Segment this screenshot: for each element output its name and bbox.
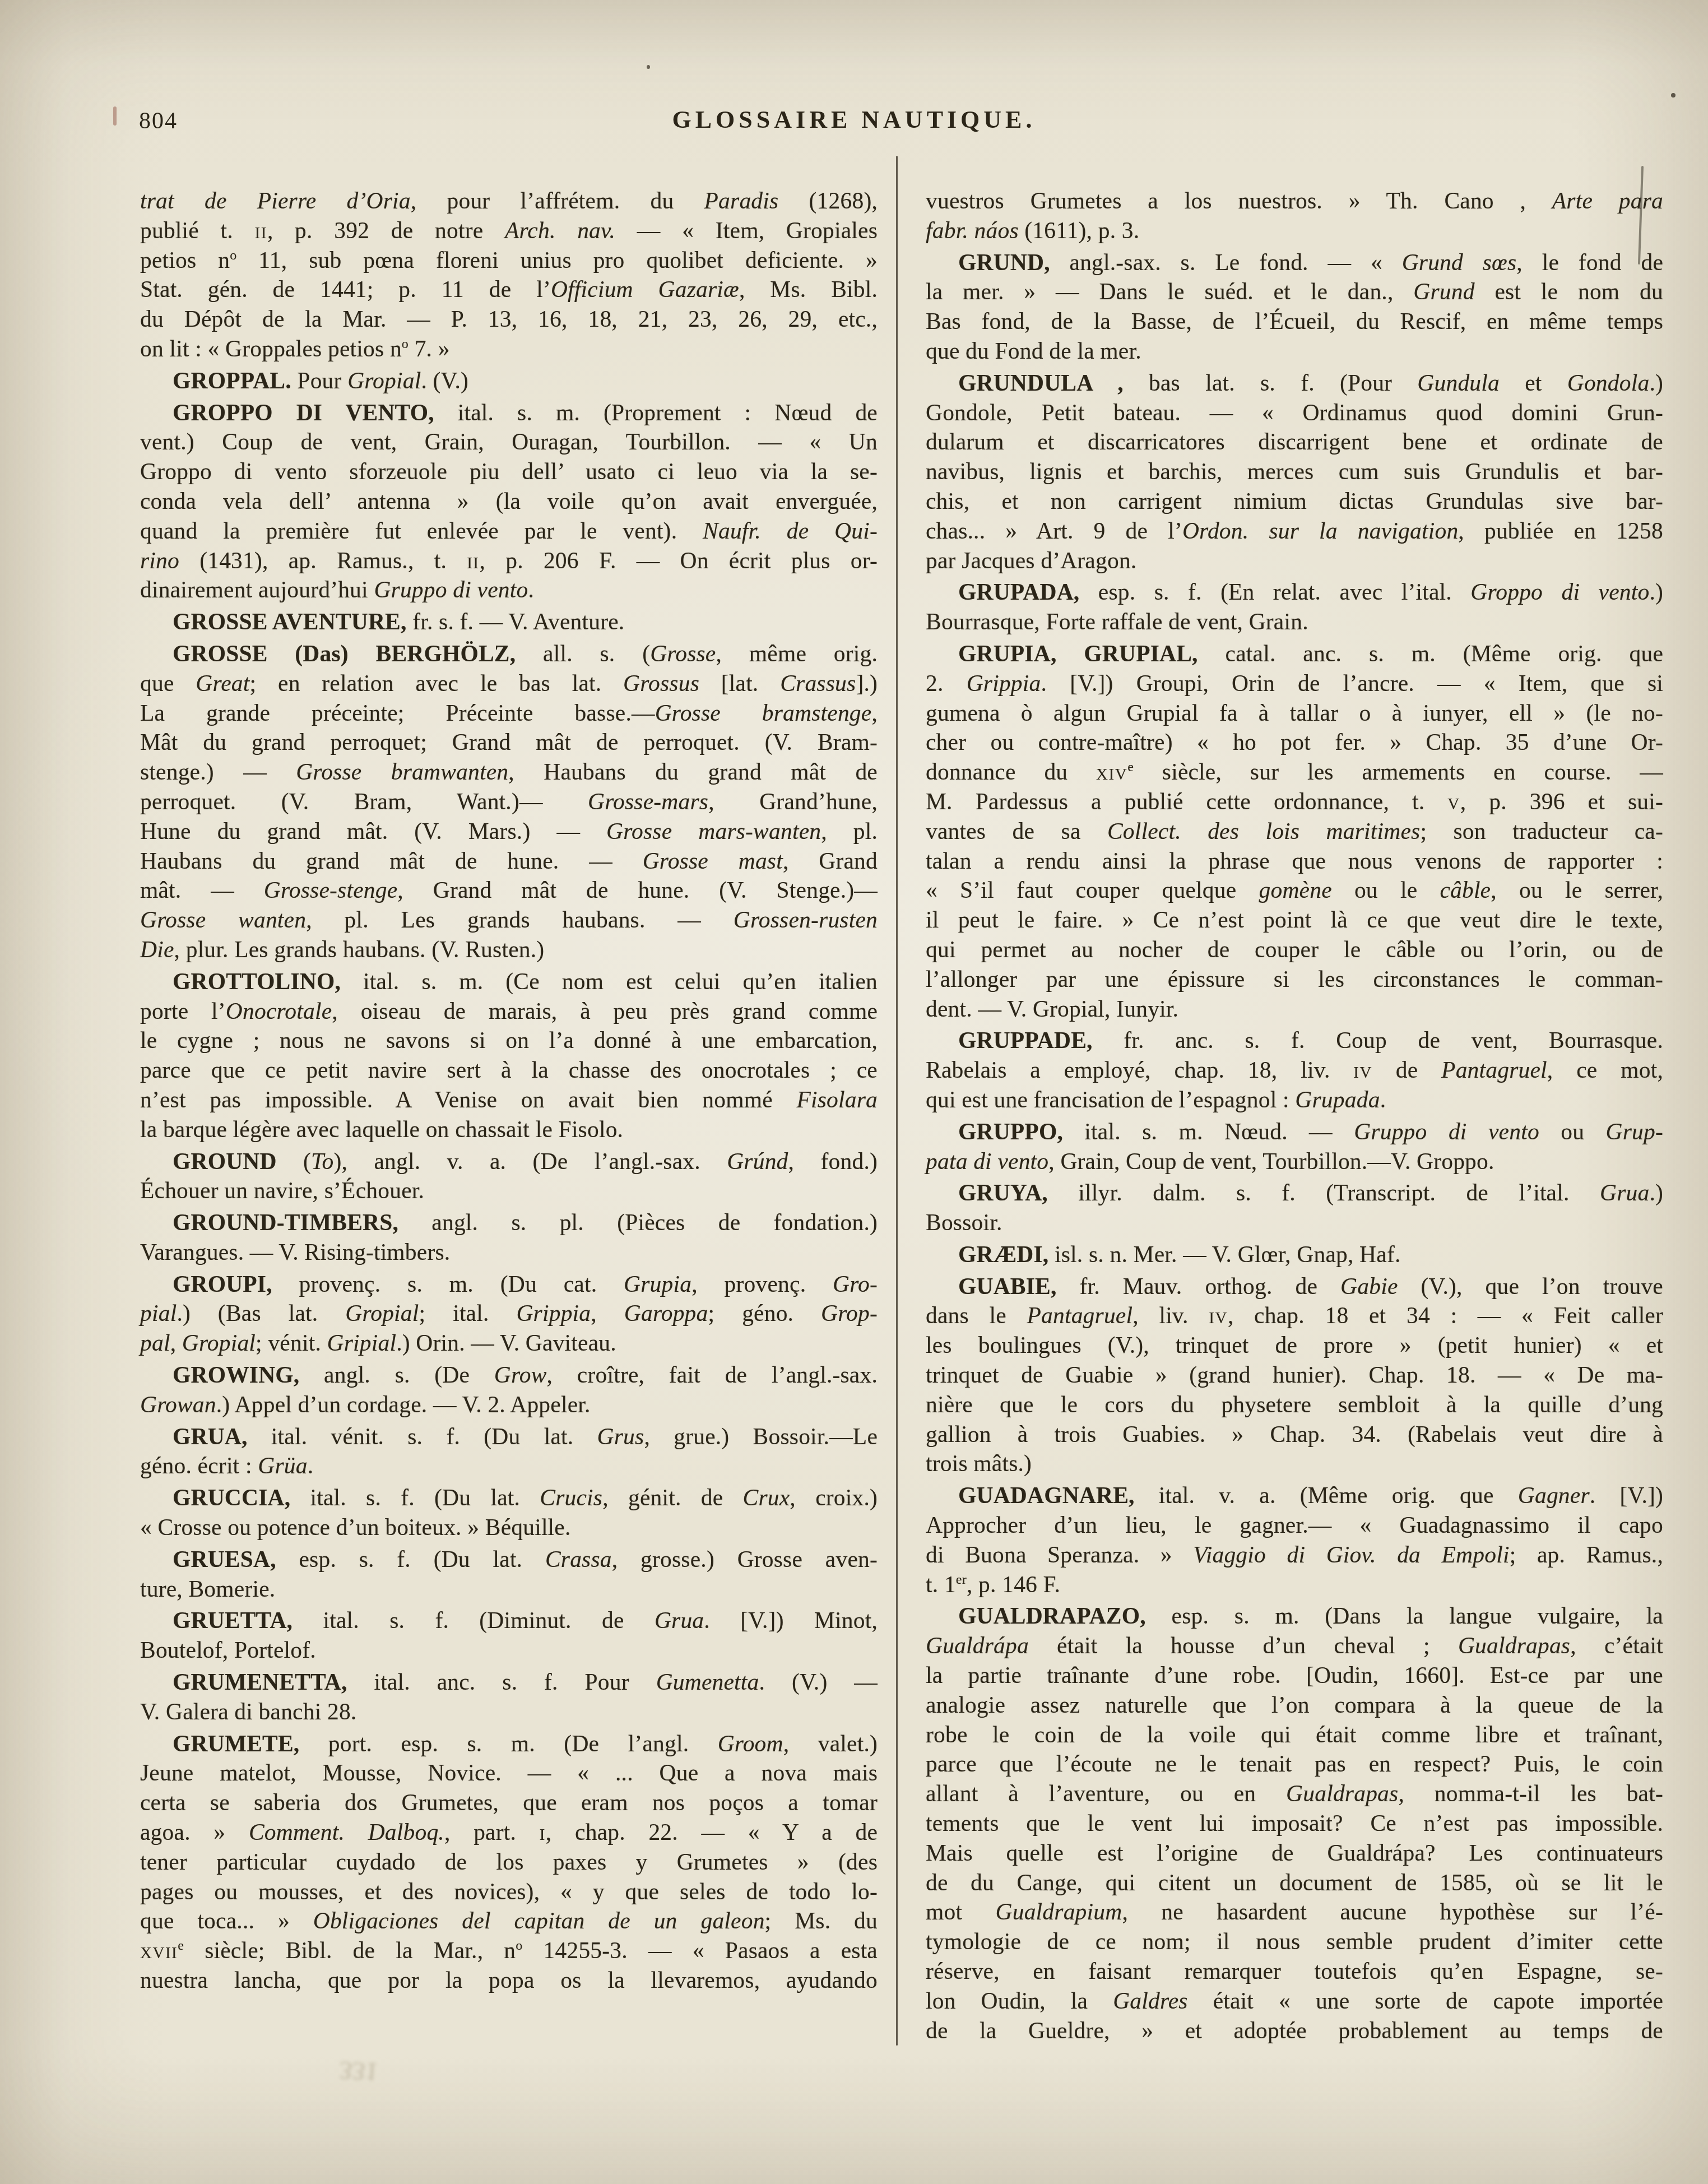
entry-line: V. Galera di banchi 28. <box>140 1697 878 1727</box>
bleed-through-mark: 331 <box>313 2053 405 2088</box>
entry-line: qui permet au nocher de couper le câble … <box>926 935 1663 965</box>
entry-line: tements que le vent lui imposait? Ce n’e… <box>926 1809 1663 1838</box>
entry-line: t. 1er, p. 146 F. <box>926 1570 1663 1599</box>
dictionary-entry: GRUCCIA, ital. s. f. (Du lat. Crucis, gé… <box>140 1483 878 1542</box>
dictionary-entry: GRUPIA, GRUPIAL, catal. anc. s. m. (Même… <box>926 639 1663 1023</box>
entry-line: stenge.) — Grosse bramwanten, Haubans du… <box>140 757 878 787</box>
entry-line: pal, Gropial; vénit. Gripial.) Orin. — V… <box>140 1328 878 1358</box>
dictionary-entry: GRUETTA, ital. s. f. (Diminut. de Grua. … <box>140 1606 878 1665</box>
entry-line: par Jacques d’Aragon. <box>926 546 1663 576</box>
dictionary-entry: GUALDRAPAZO, esp. s. m. (Dans la langue … <box>926 1601 1663 2045</box>
dictionary-entry: GROUND (To), angl. v. a. (De l’angl.-sax… <box>140 1147 878 1206</box>
scan-speck <box>1671 93 1675 98</box>
entry-line: di Buona Speranza. » Viaggio di Giov. da… <box>926 1540 1663 1570</box>
entry-line: dans le Pantagruel, liv. iv, chap. 18 et… <box>926 1301 1663 1330</box>
dictionary-entry: GUADAGNARE, ital. v. a. (Même orig. que … <box>926 1481 1663 1599</box>
page-title: GLOSSAIRE NAUTIQUE. <box>0 105 1708 134</box>
entry-line: xviie siècle; Bibl. de la Mar., no 14255… <box>140 1936 878 1965</box>
dictionary-entry: GRUMETE, port. esp. s. m. (De l’angl. Gr… <box>140 1729 878 1995</box>
entry-line: GROSSE (Das) BERGHÖLZ, all. s. (Grosse, … <box>140 639 878 669</box>
entry-line: la partie traînante d’une robe. [Oudin, … <box>926 1661 1663 1690</box>
entry-line: GRUMETE, port. esp. s. m. (De l’angl. Gr… <box>140 1729 878 1759</box>
entry-line: GRUA, ital. vénit. s. f. (Du lat. Grus, … <box>140 1422 878 1452</box>
entry-line: GROPPO DI VENTO, ital. s. m. (Proprement… <box>140 398 878 428</box>
entry-line: GROWING, angl. s. (De Grow, croître, fai… <box>140 1360 878 1390</box>
entry-line: fabr. náos (1611), p. 3. <box>926 216 1663 245</box>
entry-line: GRUYA, illyr. dalm. s. f. (Transcript. d… <box>926 1178 1663 1208</box>
entry-line: Rabelais a employé, chap. 18, liv. iv de… <box>926 1055 1663 1085</box>
dictionary-entry: GROUPI, provenç. s. m. (Du cat. Grupia, … <box>140 1269 878 1358</box>
entry-line: La grande préceinte; Préceinte basse.—Gr… <box>140 698 878 728</box>
dictionary-entry: GUABIE, fr. Mauv. orthog. de Gabie (V.),… <box>926 1272 1663 1479</box>
scan-speck <box>113 106 117 126</box>
entry-line: publié t. ii, p. 392 de notre Arch. nav.… <box>140 216 878 245</box>
entry-line: porte l’Onocrotale, oiseau de marais, à … <box>140 996 878 1026</box>
entry-line: Bourrasque, Forte raffale de vent, Grain… <box>926 607 1663 637</box>
entry-line: de du Cange, qui citent un document de 1… <box>926 1868 1663 1898</box>
entry-line: pial.) (Bas lat. Gropial; ital. Grippia,… <box>140 1299 878 1328</box>
entry-line: que du Fond de la mer. <box>926 336 1663 366</box>
entry-line: GRUPPADE, fr. anc. s. f. Coup de vent, B… <box>926 1026 1663 1055</box>
dictionary-entry: GROPPAL. Pour Gropial. (V.) <box>140 366 878 396</box>
entry-line: mot Gualdrapium, ne hasardent aucune hyp… <box>926 1897 1663 1927</box>
entry-line: pata di vento, Grain, Coup de vent, Tour… <box>926 1147 1663 1176</box>
dictionary-entry: GRUPADA, esp. s. f. (En relat. avec l’it… <box>926 577 1663 637</box>
entry-line: dent. — V. Gropial, Iunyir. <box>926 994 1663 1024</box>
entry-line: allant à l’aventure, ou en Gualdrapas, n… <box>926 1779 1663 1809</box>
entry-line: GRUPPO, ital. s. m. Nœud. — Gruppo di ve… <box>926 1117 1663 1147</box>
entry-line: conda vela dell’ antenna » (la voile qu’… <box>140 486 878 516</box>
entry-line: on lit : « Groppales petios no 7. » <box>140 334 878 364</box>
entry-line: chis, et non carrigent nimium dictas Gru… <box>926 486 1663 516</box>
entry-line: robe le coin de la voile qui était comme… <box>926 1720 1663 1750</box>
entry-line: Gualdrápa était la housse d’un cheval ; … <box>926 1631 1663 1661</box>
entry-line: trois mâts.) <box>926 1449 1663 1478</box>
dictionary-entry: GROWING, angl. s. (De Grow, croître, fai… <box>140 1360 878 1420</box>
entry-line: GROPPAL. Pour Gropial. (V.) <box>140 366 878 396</box>
entry-line: nuestra lancha, que por la popa os la ll… <box>140 1965 878 1995</box>
entry-line: navibus, lignis et barchis, merces cum s… <box>926 457 1663 486</box>
entry-line: ture, Bomerie. <box>140 1574 878 1604</box>
dictionary-entry: GROSSE (Das) BERGHÖLZ, all. s. (Grosse, … <box>140 639 878 965</box>
entry-line: GRÆDI, isl. s. n. Mer. — V. Glœr, Gnap, … <box>926 1240 1663 1269</box>
scan-speck <box>1659 290 1661 294</box>
entry-line: les boulingues (V.), trinquet de prore »… <box>926 1330 1663 1360</box>
entry-line: GROTTOLINO, ital. s. m. (Ce nom est celu… <box>140 967 878 996</box>
entry-line: GROUPI, provenç. s. m. (Du cat. Grupia, … <box>140 1269 878 1299</box>
entry-line: vent.) Coup de vent, Grain, Ouragan, Tou… <box>140 427 878 457</box>
entry-line: cher ou contre-maître) « ho pot fer. » C… <box>926 727 1663 757</box>
dictionary-entry: GRUPPADE, fr. anc. s. f. Coup de vent, B… <box>926 1026 1663 1114</box>
entry-line: GROUND-TIMBERS, angl. s. pl. (Pièces de … <box>140 1208 878 1237</box>
entry-line: donnance du xive siècle, sur les armemen… <box>926 757 1663 787</box>
entry-line: la barque légère avec laquelle on chassa… <box>140 1115 878 1144</box>
entry-line: mât. — Grosse-stenge, Grand mât de hune.… <box>140 875 878 905</box>
entry-line: Mais quelle est l’origine de Gualdrápa? … <box>926 1838 1663 1868</box>
entry-line: vantes de sa Collect. des lois maritimes… <box>926 817 1663 846</box>
entry-line: géno. écrit : Grüa. <box>140 1451 878 1481</box>
entry-line: GRUPIA, GRUPIAL, catal. anc. s. m. (Même… <box>926 639 1663 669</box>
entry-line: Mât du grand perroquet; Grand mât de per… <box>140 727 878 757</box>
entry-line: talan a rendu ainsi la phrase que nous v… <box>926 846 1663 876</box>
running-header: 804 GLOSSAIRE NAUTIQUE. <box>0 0 1708 157</box>
entry-line: Boutelof, Portelof. <box>140 1635 878 1665</box>
dictionary-entry: GRUA, ital. vénit. s. f. (Du lat. Grus, … <box>140 1422 878 1481</box>
entry-line: GRUETTA, ital. s. f. (Diminut. de Grua. … <box>140 1606 878 1635</box>
entry-line: 2. Grippia. [V.]) Groupi, Orin de l’ancr… <box>926 669 1663 698</box>
entry-line: GROUND (To), angl. v. a. (De l’angl.-sax… <box>140 1147 878 1176</box>
entry-line: chas... » Art. 9 de l’Ordon. sur la navi… <box>926 516 1663 546</box>
entry-line: Approcher d’un lieu, le gagner.— « Guada… <box>926 1510 1663 1540</box>
entry-line: réserve, en faisant remarquer toutefois … <box>926 1956 1663 1986</box>
entry-line: la mer. » — Dans le suéd. et le dan., Gr… <box>926 277 1663 307</box>
entry-line: que toca... » Obligaciones del capitan d… <box>140 1906 878 1936</box>
entry-line: Échouer un navire, s’Échouer. <box>140 1176 878 1205</box>
entry-line: Grosse wanten, pl. Les grands haubans. —… <box>140 905 878 935</box>
entry-line: Stat. gén. de 1441; p. 11 de l’Officium … <box>140 275 878 304</box>
entry-line: GRUND, angl.-sax. s. Le fond. — « Grund … <box>926 248 1663 277</box>
entry-line: petios no 11, sub pœna floreni unius pro… <box>140 245 878 275</box>
dictionary-entry: GRUPPO, ital. s. m. Nœud. — Gruppo di ve… <box>926 1117 1663 1176</box>
entry-line: certa se saberia dos Grumetes, que eram … <box>140 1788 878 1817</box>
entry-line: « S’il faut couper quelque gomène ou le … <box>926 875 1663 905</box>
entry-line: Bas fond, de la Basse, de l’Écueil, du R… <box>926 307 1663 336</box>
entry-line: GRUNDULA , bas lat. s. f. (Pour Gundula … <box>926 368 1663 398</box>
entry-line: que Great; en relation avec le bas lat. … <box>140 669 878 698</box>
scanned-page: 804 GLOSSAIRE NAUTIQUE. trat de Pierre d… <box>0 0 1708 2184</box>
dictionary-entry: GRUESA, esp. s. f. (Du lat. Crassa, gros… <box>140 1545 878 1604</box>
dictionary-entry: GROPPO DI VENTO, ital. s. m. (Proprement… <box>140 398 878 605</box>
dictionary-entry: GRÆDI, isl. s. n. Mer. — V. Glœr, Gnap, … <box>926 1240 1663 1269</box>
entry-line: le cygne ; nous ne savons si on l’a donn… <box>140 1026 878 1055</box>
entry-line: tymologie de ce nom; il nous semble prud… <box>926 1927 1663 1956</box>
entry-line: Gondole, Petit bateau. — « Ordinamus quo… <box>926 398 1663 428</box>
entry-line: l’allonger par une épissure si les circo… <box>926 965 1663 994</box>
entry-line: pages ou mousses, et des novices), « y q… <box>140 1877 878 1907</box>
dictionary-entry: GRUND, angl.-sax. s. Le fond. — « Grund … <box>926 248 1663 366</box>
entry-line: Hune du grand mât. (V. Mars.) — Grosse m… <box>140 817 878 846</box>
entry-line: du Dépôt de la Mar. — P. 13, 16, 18, 21,… <box>140 304 878 334</box>
entry-line: n’est pas impossible. A Venise on avait … <box>140 1085 878 1115</box>
text-column-left: trat de Pierre d’Oria, pour l’affrétem. … <box>140 186 878 1995</box>
entry-continuation: trat de Pierre d’Oria, pour l’affrétem. … <box>140 186 878 364</box>
entry-line: Varangues. — V. Rising-timbers. <box>140 1237 878 1267</box>
entry-line: parce que ce petit navire sert à la chas… <box>140 1055 878 1085</box>
entry-line: lon Oudin, la Galdres était « une sorte … <box>926 1986 1663 2016</box>
entry-line: GRUESA, esp. s. f. (Du lat. Crassa, gros… <box>140 1545 878 1574</box>
scan-speck <box>647 65 650 69</box>
entry-line: qui est une francisation de l’espagnol :… <box>926 1085 1663 1115</box>
dictionary-entry: GRUMENETTA, ital. anc. s. f. Pour Gumene… <box>140 1667 878 1727</box>
dictionary-entry: GROUND-TIMBERS, angl. s. pl. (Pièces de … <box>140 1208 878 1267</box>
entry-line: gumena ò algun Grupial fa à tallar o à i… <box>926 698 1663 728</box>
entry-line: Haubans du grand mât de hune. — Grosse m… <box>140 846 878 876</box>
entry-line: dularum et discarricatores discarrigent … <box>926 427 1663 457</box>
dictionary-entry: GROSSE AVENTURE, fr. s. f. — V. Aventure… <box>140 607 878 637</box>
entry-line: GUADAGNARE, ital. v. a. (Même orig. que … <box>926 1481 1663 1510</box>
column-divider-rule <box>896 156 898 2046</box>
entry-line: GRUMENETTA, ital. anc. s. f. Pour Gumene… <box>140 1667 878 1697</box>
dictionary-entry: GRUYA, illyr. dalm. s. f. (Transcript. d… <box>926 1178 1663 1237</box>
entry-line: il peut le faire. » Ce n’est point là ce… <box>926 905 1663 935</box>
entry-line: GUABIE, fr. Mauv. orthog. de Gabie (V.),… <box>926 1272 1663 1301</box>
entry-line: perroquet. (V. Bram, Want.)— Grosse-mars… <box>140 787 878 817</box>
entry-line: M. Pardessus a publié cette ordonnance, … <box>926 787 1663 817</box>
entry-line: trat de Pierre d’Oria, pour l’affrétem. … <box>140 186 878 216</box>
entry-line: Growan.) Appel d’un cordage. — V. 2. App… <box>140 1390 878 1420</box>
entry-line: Jeune matelot, Mousse, Novice. — « ... Q… <box>140 1758 878 1788</box>
entry-line: GROSSE AVENTURE, fr. s. f. — V. Aventure… <box>140 607 878 637</box>
entry-continuation: vuestros Grumetes a los nuestros. » Th. … <box>926 186 1663 245</box>
entry-line: tener particular cuydado de los paxes y … <box>140 1847 878 1877</box>
entry-line: « Crosse ou potence d’un boiteux. » Béqu… <box>140 1513 878 1542</box>
entry-line: GRUCCIA, ital. s. f. (Du lat. Crucis, gé… <box>140 1483 878 1513</box>
entry-line: gallion à trois Guabies. » Chap. 34. (Ra… <box>926 1420 1663 1449</box>
entry-line: analogie assez naturelle que l’on compar… <box>926 1690 1663 1720</box>
entry-line: agoa. » Comment. Dalboq., part. i, chap.… <box>140 1817 878 1847</box>
entry-line: GRUPADA, esp. s. f. (En relat. avec l’it… <box>926 577 1663 607</box>
entry-line: parce que l’écoute ne le tenait pas en r… <box>926 1749 1663 1779</box>
entry-line: de la Gueldre, » et adoptée probablement… <box>926 2016 1663 2046</box>
entry-line: Die, plur. Les grands haubans. (V. Ruste… <box>140 935 878 965</box>
entry-line: rino (1431), ap. Ramus., t. ii, p. 206 F… <box>140 546 878 576</box>
entry-line: Groppo di vento sforzeuole piu dell’ usa… <box>140 457 878 486</box>
entry-line: vuestros Grumetes a los nuestros. » Th. … <box>926 186 1663 216</box>
entry-line: quand la première fut enlevée par le ven… <box>140 516 878 546</box>
dictionary-entry: GRUNDULA , bas lat. s. f. (Pour Gundula … <box>926 368 1663 576</box>
entry-line: dinairement aujourd’hui Gruppo di vento. <box>140 575 878 605</box>
entry-line: nière que le cors du physetere sembloit … <box>926 1390 1663 1420</box>
dictionary-entry: GROTTOLINO, ital. s. m. (Ce nom est celu… <box>140 967 878 1144</box>
entry-line: trinquet de Guabie » (grand hunier). Cha… <box>926 1360 1663 1390</box>
text-column-right: vuestros Grumetes a los nuestros. » Th. … <box>926 186 1663 2045</box>
entry-line: GUALDRAPAZO, esp. s. m. (Dans la langue … <box>926 1601 1663 1631</box>
entry-line: Bossoir. <box>926 1208 1663 1237</box>
